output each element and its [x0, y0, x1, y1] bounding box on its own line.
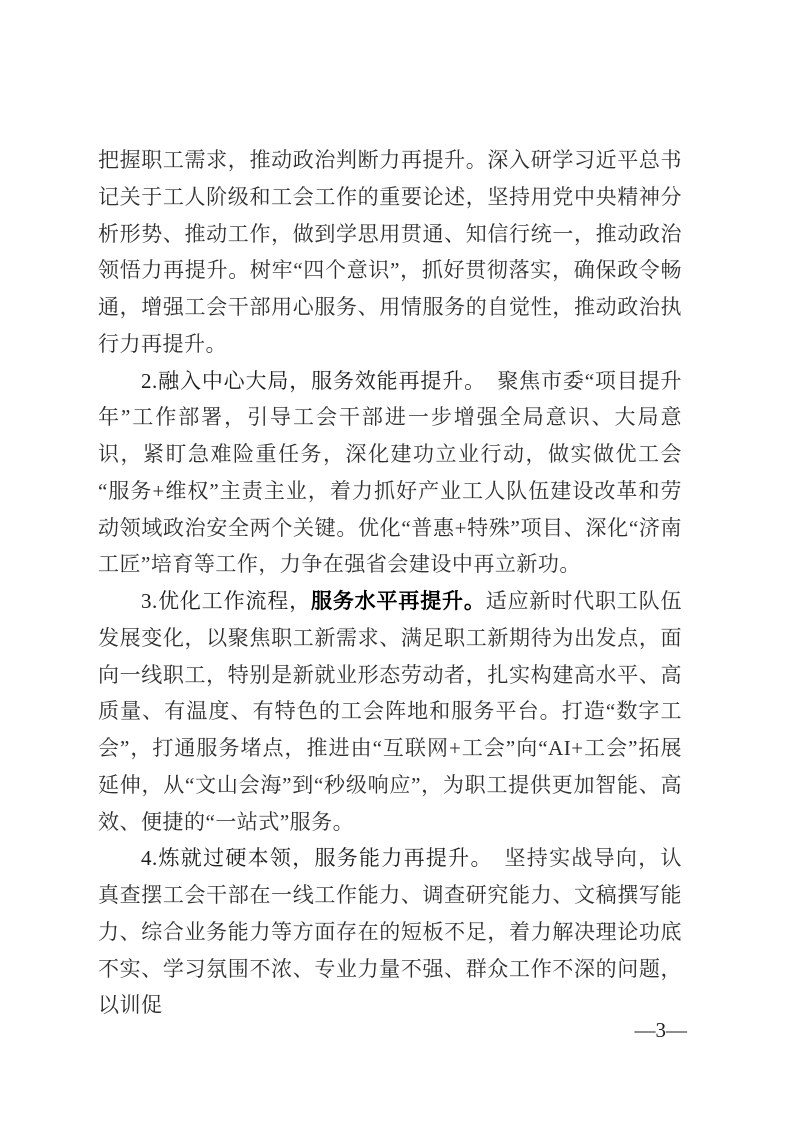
heading-run: 4.炼就过硬本领，服务能力再提升。 — [141, 846, 482, 870]
body-text-run: 坚持实战导向，认真查摆工会干部在一线工作能力、调查研究能力、文稿撰写能力、综合业… — [98, 846, 682, 1017]
paragraph: 4.炼就过硬本领，服务能力再提升。 坚持实战导向，认真查摆工会干部在一线工作能力… — [98, 840, 682, 1024]
paragraph: 3.优化工作流程，服务水平再提升。适应新时代职工队伍发展变化，以聚焦职工新需求、… — [98, 583, 682, 840]
body-text-run: 适应新时代职工队伍发展变化，以聚焦职工新需求、满足职工新期待为出发点，面向一线职… — [98, 589, 682, 834]
body-text-run: 把握职工需求，推动政治判断力再提升。深入研学习近平总书记关于工人阶级和工会工作的… — [98, 148, 682, 356]
document-body: 把握职工需求，推动政治判断力再提升。深入研学习近平总书记关于工人阶级和工会工作的… — [98, 142, 682, 1024]
page-number: —3— — [635, 1018, 688, 1042]
paragraph: 2.融入中心大局，服务效能再提升。 聚焦市委“项目提升年”工作部署，引导工会干部… — [98, 363, 682, 584]
paragraph: 把握职工需求，推动政治判断力再提升。深入研学习近平总书记关于工人阶级和工会工作的… — [98, 142, 682, 363]
document-page: 把握职工需求，推动政治判断力再提升。深入研学习近平总书记关于工人阶级和工会工作的… — [0, 0, 794, 1123]
bold-heading-run: 服务水平再提升。 — [311, 589, 486, 613]
heading-run: 2.融入中心大局，服务效能再提升。 — [141, 369, 475, 393]
heading-run: 3.优化工作流程， — [141, 589, 311, 613]
body-text-run: 聚焦市委“项目提升年”工作部署，引导工会干部进一步增强全局意识、大局意识，紧盯急… — [98, 369, 682, 577]
